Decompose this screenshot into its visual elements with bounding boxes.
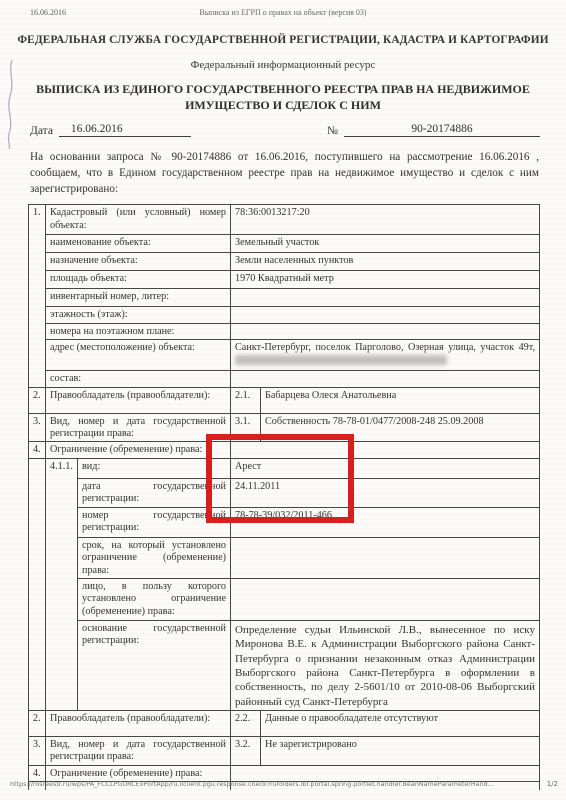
section-number: 4. [29, 442, 46, 458]
table-row: 3. Вид, номер и дата государственной рег… [29, 737, 540, 766]
table-row: 2. Правообладатель (правообладатели): 2.… [29, 387, 540, 413]
row-value [231, 371, 540, 387]
number-label: № [327, 125, 338, 137]
row-value-address: Санкт-Петербург, поселок Парголово, Озер… [231, 340, 540, 371]
row-label: Ограничение (обременение) права: [46, 442, 231, 458]
info-resource: Федеральный информационный ресурс [0, 59, 566, 71]
table-row: лицо, в пользу которого установлено огра… [29, 579, 540, 621]
section-number: 2. [29, 387, 46, 413]
row-label: Правообладатель (правообладатели): [46, 711, 231, 737]
row-label: Правообладатель (правообладатели): [46, 387, 231, 413]
row-value-basis: Определение судьи Ильинской Л.В., вынесе… [231, 621, 540, 711]
table-row: основание государственной регистрации: О… [29, 621, 540, 711]
page-footer: https://rosreestr.ru/wps/PA_FCCLPGURCExP… [10, 780, 558, 788]
row-value: Не зарегистрировано [261, 737, 540, 766]
agency-name: ФЕДЕРАЛЬНАЯ СЛУЖБА ГОСУДАРСТВЕННОЙ РЕГИС… [0, 34, 566, 46]
handwritten-mark [4, 58, 18, 150]
row-value: Данные о правообладателе отсутствуют [261, 711, 540, 737]
section-number: 2. [29, 711, 46, 737]
row-label: площадь объекта: [46, 271, 231, 289]
row-label: инвентарный номер, литер: [46, 289, 231, 307]
row-label: основание государственной регистрации: [78, 621, 231, 711]
number-value: 90-20174886 [344, 123, 540, 137]
sub-section-number: 4.1.1. [46, 458, 78, 710]
section-number: 3. [29, 737, 46, 766]
section-number: 3. [29, 413, 46, 442]
row-label: состав: [46, 371, 231, 387]
table-row: 1. Кадастровый (или условный) номер объе… [29, 205, 540, 235]
table-row: наименование объекта: Земельный участок [29, 235, 540, 253]
date-number-row: Дата 16.06.2016 № 90-20174886 [30, 123, 540, 137]
table-row: площадь объекта: 1970 Квадратный метр [29, 271, 540, 289]
table-row: срок, на который установлено ограничение… [29, 537, 540, 578]
sub-number: 2.2. [231, 711, 261, 737]
section-number: 1. [29, 205, 46, 387]
row-value: Бабарцева Олеся Анатольевна [261, 387, 540, 413]
table-row: 2. Правообладатель (правообладатели): 2.… [29, 711, 540, 737]
row-value [231, 323, 540, 339]
row-label: номера на поэтажном плане: [46, 323, 231, 339]
row-value [231, 289, 540, 307]
row-value [231, 537, 540, 578]
date-value: 16.06.2016 [59, 123, 191, 137]
table-row: назначение объекта: Земли населенных пун… [29, 253, 540, 271]
page-indicator: 1/2 [547, 780, 558, 788]
table-row: номера на поэтажном плане: [29, 323, 540, 339]
table-row: инвентарный номер, литер: [29, 289, 540, 307]
table-row: этажность (этаж): [29, 307, 540, 323]
table-row: адрес (местоположение) объекта: Санкт-Пе… [29, 340, 540, 371]
document-page: 16.06.2016 Выписка из ЕГРП о правах на о… [0, 0, 566, 800]
row-label: Вид, номер и дата государственной регист… [46, 413, 231, 442]
table-row: состав: [29, 371, 540, 387]
section-number [29, 458, 46, 710]
top-meta: 16.06.2016 Выписка из ЕГРП о правах на о… [30, 8, 536, 20]
redacted-area [235, 355, 447, 365]
sub-number: 3.2. [231, 737, 261, 766]
row-value [231, 307, 540, 323]
sub-number: 2.1. [231, 387, 261, 413]
row-value: Земли населенных пунктов [231, 253, 540, 271]
row-value [231, 579, 540, 621]
row-label: Вид, номер и дата государственной регист… [46, 737, 231, 766]
row-label: этажность (этаж): [46, 307, 231, 323]
row-value: 1970 Квадратный метр [231, 271, 540, 289]
row-label: назначение объекта: [46, 253, 231, 271]
date-label: Дата [30, 125, 53, 137]
row-label: наименование объекта: [46, 235, 231, 253]
doc-version-caption: Выписка из ЕГРП о правах на объект (верс… [30, 8, 536, 17]
row-value: Земельный участок [231, 235, 540, 253]
intro-paragraph: На основании запроса № 90-20174886 от 16… [30, 149, 539, 198]
row-label: лицо, в пользу которого установлено огра… [78, 579, 231, 621]
row-label: срок, на который установлено ограничение… [78, 537, 231, 578]
document-title: ВЫПИСКА ИЗ ЕДИНОГО ГОСУДАРСТВЕННОГО РЕЕС… [34, 82, 532, 114]
footer-url: https://rosreestr.ru/wps/PA_FCCLPGURCExP… [10, 780, 533, 788]
address-text: Санкт-Петербург, поселок Парголово, Озер… [235, 342, 535, 353]
row-value: 78:36:0013217:20 [231, 205, 540, 235]
row-label: Кадастровый (или условный) номер объекта… [46, 205, 231, 235]
row-label: адрес (местоположение) объекта: [46, 340, 231, 371]
arrest-highlight-box [206, 434, 354, 523]
